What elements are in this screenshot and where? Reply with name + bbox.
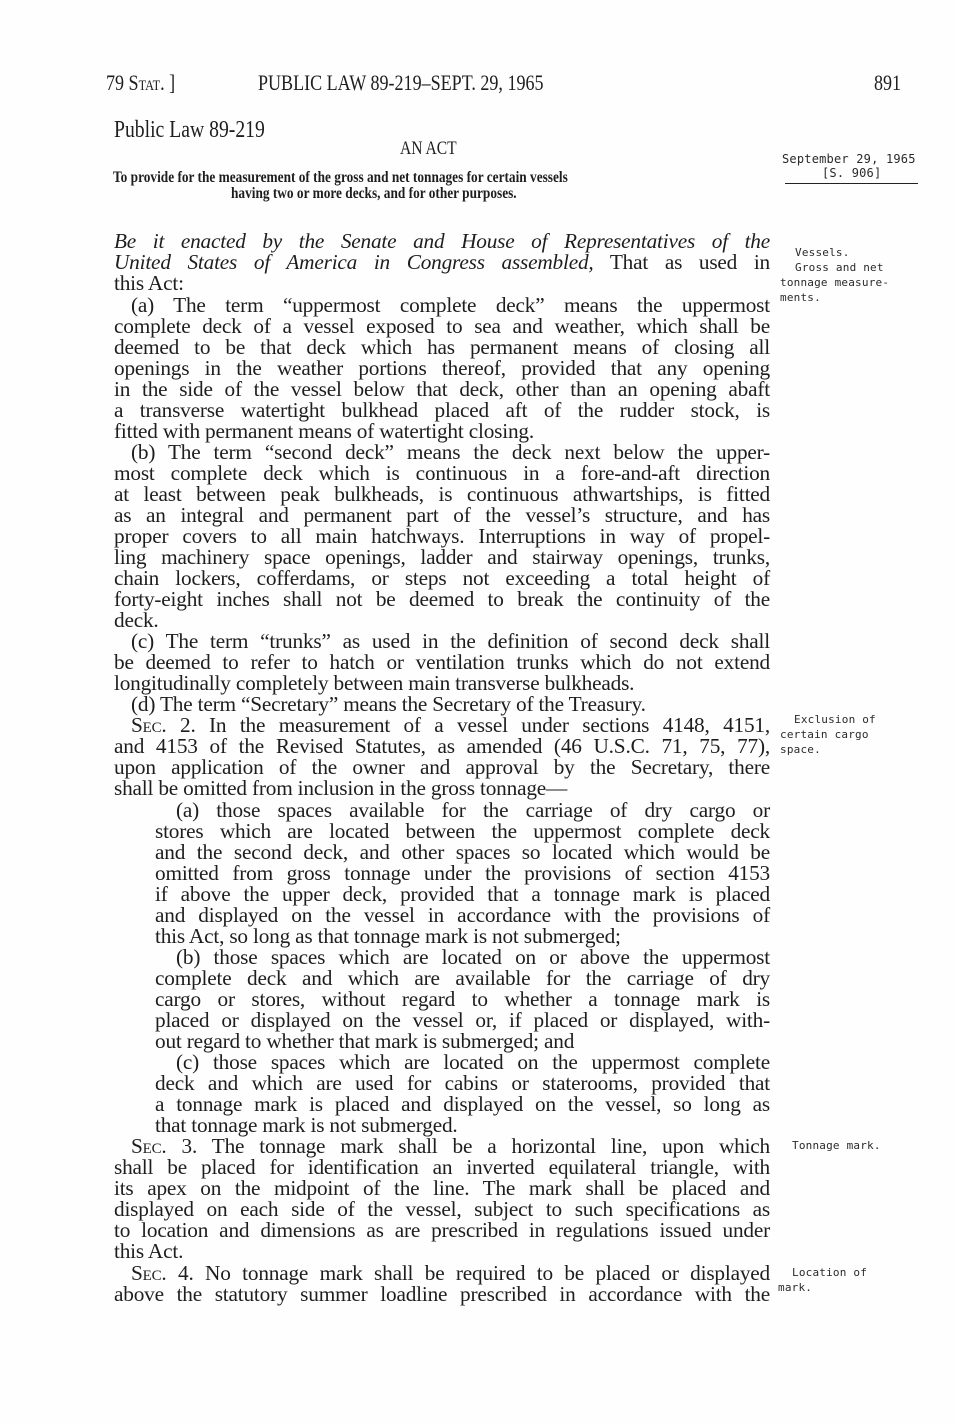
page-number: 891 (874, 70, 901, 96)
body-line: shall be omitted from inclusion in the g… (114, 776, 567, 800)
body-line: forty-eight inches shall not be deemed t… (114, 587, 770, 611)
body-line: this Act: (114, 271, 184, 295)
bill-number: [S. 906] (822, 166, 881, 180)
body-line: this Act. (114, 1239, 183, 1263)
date-rule (785, 183, 918, 184)
act-heading: AN ACT (400, 138, 457, 160)
document-page: 79 Stat. ] PUBLIC LAW 89-219–SEPT. 29, 1… (0, 0, 954, 1423)
volume-reference: 79 Stat. ] (106, 70, 175, 96)
enacting-clause-line: United States of America in Congress ass… (114, 250, 770, 274)
body-line: above the statutory summer loadline pres… (114, 1282, 770, 1306)
law-title: Public Law 89-219 (114, 117, 265, 144)
body-line: to location and dimensions as are prescr… (114, 1218, 770, 1242)
purpose-line-2: having two or more decks, and for other … (231, 185, 517, 203)
enactment-date: September 29, 1965 (782, 152, 916, 166)
running-title: PUBLIC LAW 89-219–SEPT. 29, 1965 (258, 70, 544, 96)
